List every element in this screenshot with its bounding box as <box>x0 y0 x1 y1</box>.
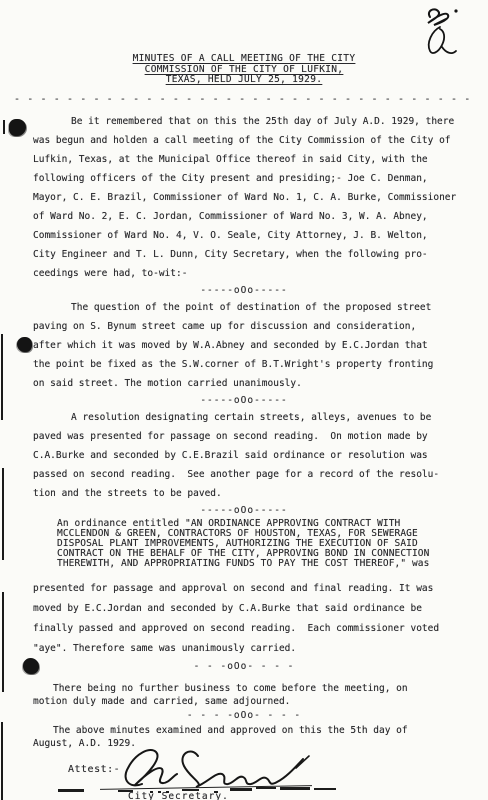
scan-dash <box>166 791 169 793</box>
scan-line-artifact <box>2 468 4 560</box>
section-separator: - - - -oOo- - - - <box>0 709 488 722</box>
title-line-3: TEXAS, HELD JULY 25, 1929. <box>0 75 488 86</box>
scan-line-artifact <box>2 592 4 692</box>
section-separator: -----oOo----- <box>0 504 488 517</box>
paragraph-ordinance-passage: presented for passage and approval on se… <box>33 579 478 659</box>
paragraph-opening: Be it remembered that on this the 25th d… <box>33 112 478 283</box>
scan-dash <box>58 789 84 792</box>
scan-dash <box>214 791 218 793</box>
scan-dash <box>314 788 336 790</box>
dashed-rule: - - - - - - - - - - - - - - - - - - - - … <box>0 95 488 105</box>
ink-blot <box>9 119 26 136</box>
scanned-minutes-page: MINUTES OF A CALL MEETING OF THE CITY CO… <box>0 0 488 800</box>
paragraph-street-paving: The question of the point of destination… <box>33 298 478 393</box>
handwritten-corner-mark-icon <box>396 3 466 61</box>
scan-dash <box>182 789 199 791</box>
scan-dash <box>256 787 276 789</box>
scan-dash <box>280 787 310 790</box>
ink-blot <box>23 658 39 674</box>
section-separator: -----oOo----- <box>0 284 488 297</box>
scan-line-artifact <box>1 334 3 420</box>
scan-dash <box>118 790 133 792</box>
paragraph-resolution: A resolution designating certain streets… <box>33 408 478 503</box>
scan-line-artifact <box>3 120 5 134</box>
scan-dash <box>230 788 252 791</box>
section-separator: -----oOo----- <box>0 394 488 407</box>
scan-dash <box>158 791 161 793</box>
section-separator: - - -oOo- - - - <box>0 660 488 673</box>
paragraph-ordinance-caption: An ordinance entitled "AN ORDINANCE APPR… <box>57 519 474 569</box>
scan-artifact-dashes <box>0 787 488 795</box>
ink-blot <box>17 337 32 352</box>
scan-dash <box>150 791 153 793</box>
paragraph-adjournment: There being no further business to come … <box>33 682 478 708</box>
